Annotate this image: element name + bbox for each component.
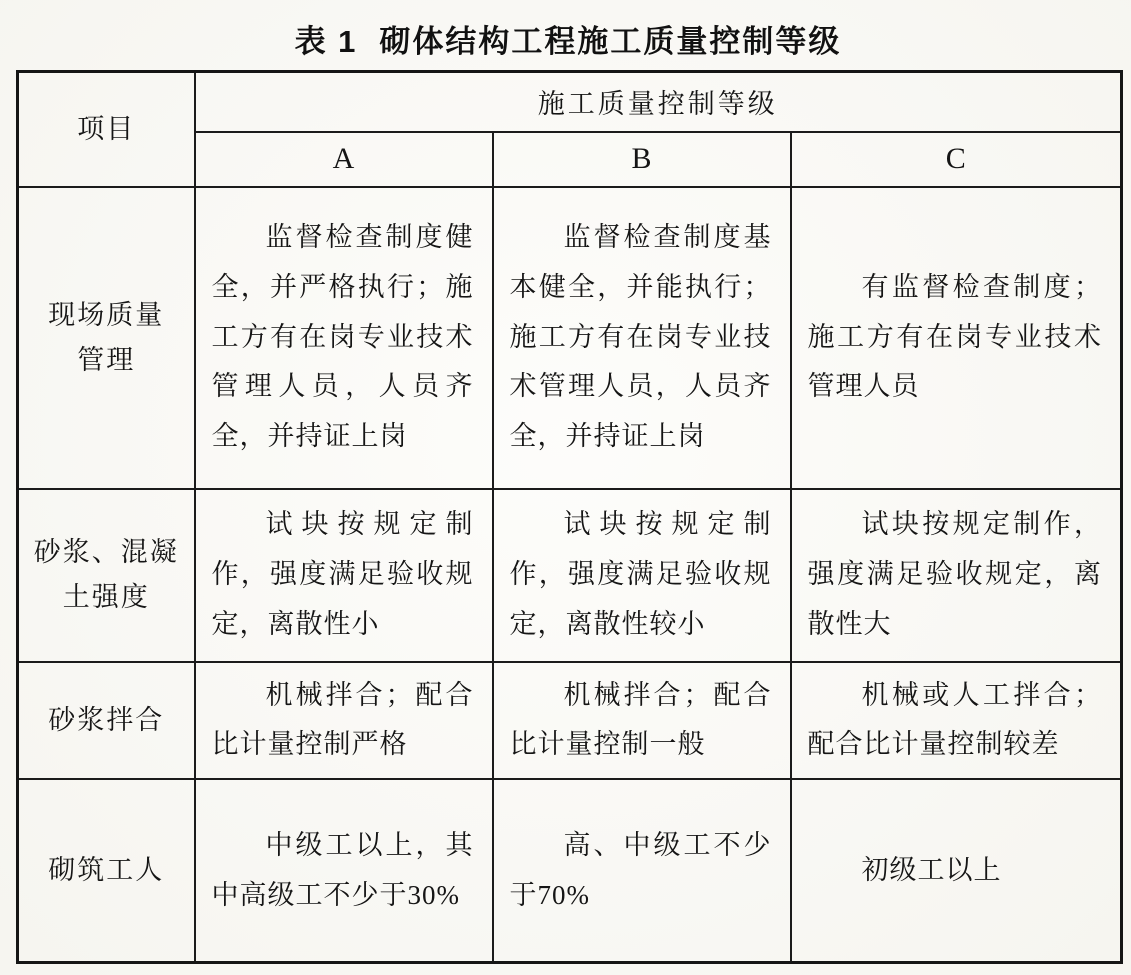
row-label-mortar-mixing: 砂浆拌合 (18, 662, 195, 780)
cell-mortar-strength-a: 试块按规定制作，强度满足验收规定，离散性小 (195, 489, 493, 662)
table-row-mortar-mixing: 砂浆拌合 机械拌合；配合比计量控制严格 机械拌合；配合比计量控制一般 机械或人工… (18, 662, 1122, 780)
cell-masonry-workers-c: 初级工以上 (791, 779, 1122, 962)
header-row-grade: 项目 施工质量控制等级 (18, 72, 1122, 132)
scanned-document-page: 表 1砌体结构工程施工质量控制等级 项目 施工质量控制等级 A B C 现场质量… (0, 0, 1131, 975)
table-title: 表 1砌体结构工程施工质量控制等级 (16, 16, 1120, 61)
table-row-mortar-strength: 砂浆、混凝 土强度 试块按规定制作，强度满足验收规定，离散性小 试块按规定制作，… (18, 489, 1122, 662)
table-caption: 砌体结构工程施工质量控制等级 (379, 24, 841, 59)
row-label-site-quality: 现场质量 管理 (18, 187, 195, 489)
cell-masonry-workers-a: 中级工以上，其中高级工不少于30% (195, 779, 493, 962)
cell-site-quality-a: 监督检查制度健全，并严格执行；施工方有在岗专业技术管理人员，人员齐全，并持证上岗 (195, 187, 493, 489)
header-grade-b: B (493, 132, 791, 187)
header-grade-c: C (791, 132, 1122, 187)
header-grade-a: A (195, 132, 493, 187)
cell-mortar-strength-b: 试块按规定制作，强度满足验收规定，离散性较小 (493, 489, 791, 662)
cell-mortar-strength-c: 试块按规定制作，强度满足验收规定，离散性大 (791, 489, 1122, 662)
cell-mortar-mixing-b: 机械拌合；配合比计量控制一般 (493, 662, 791, 780)
header-grade-group: 施工质量控制等级 (195, 72, 1122, 132)
cell-site-quality-c: 有监督检查制度；施工方有在岗专业技术管理人员 (791, 187, 1122, 489)
row-label-masonry-workers: 砌筑工人 (18, 779, 195, 962)
cell-mortar-mixing-c: 机械或人工拌合；配合比计量控制较差 (791, 662, 1122, 780)
table-row-masonry-workers: 砌筑工人 中级工以上，其中高级工不少于30% 高、中级工不少于70% 初级工以上 (18, 779, 1122, 962)
cell-site-quality-b: 监督检查制度基本健全，并能执行；施工方有在岗专业技术管理人员，人员齐全，并持证上… (493, 187, 791, 489)
table-row-site-quality: 现场质量 管理 监督检查制度健全，并严格执行；施工方有在岗专业技术管理人员，人员… (18, 187, 1122, 489)
cell-masonry-workers-b: 高、中级工不少于70% (493, 779, 791, 962)
quality-control-grade-table: 项目 施工质量控制等级 A B C 现场质量 管理 监督检查制度健全，并严格执行… (16, 70, 1123, 964)
header-item-column: 项目 (18, 72, 195, 187)
cell-mortar-mixing-a: 机械拌合；配合比计量控制严格 (195, 662, 493, 780)
table-number: 表 1 (295, 24, 358, 59)
row-label-mortar-strength: 砂浆、混凝 土强度 (18, 489, 195, 662)
